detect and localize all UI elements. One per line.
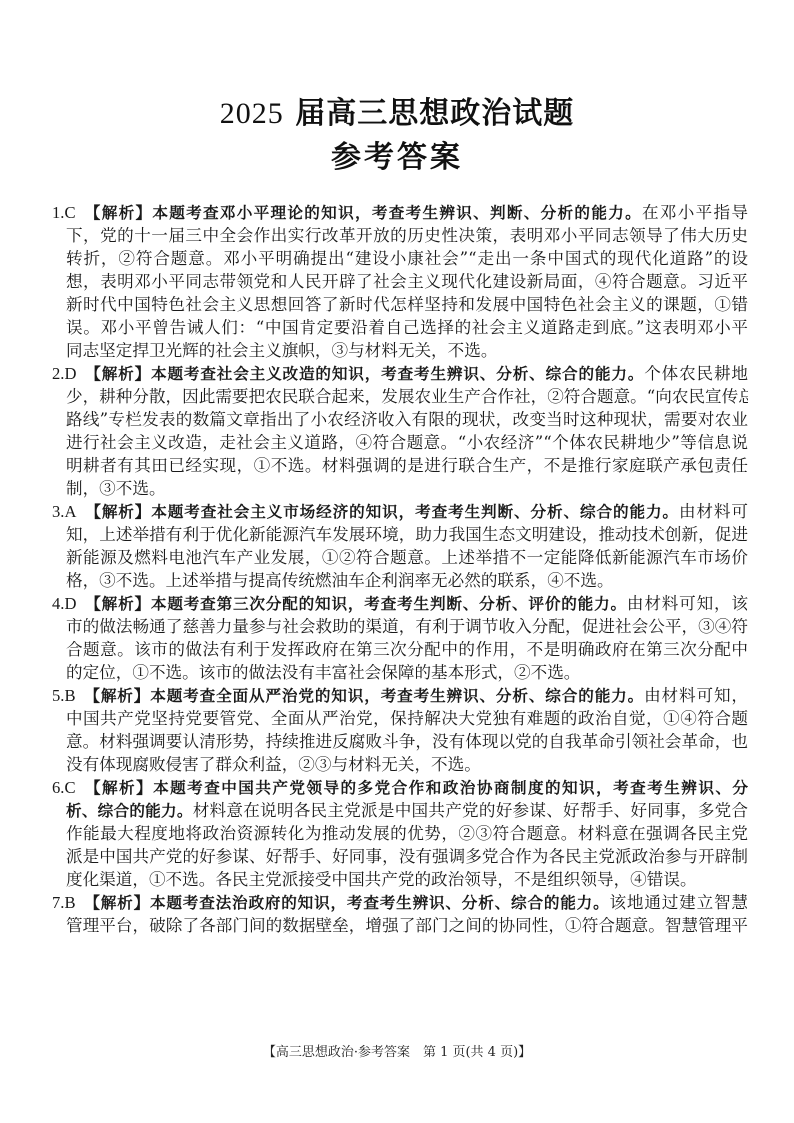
title-main-text: 届高三思想政治试题	[295, 96, 574, 131]
answer-text-line: 合题意。该市的做法有利于发挥政府在第三次分配中的作用，不是明确政府在第三次分配中	[52, 638, 748, 661]
answer-item-7: 7.B【解析】本题考查法治政府的知识，考查考生辨识、分析、综合的能力。该地通过建…	[52, 891, 748, 937]
answer-text: 材料意在说明各民主党派是中国共产党的好参谋、好帮手、好同事，多党合	[193, 801, 748, 820]
document-title: 2025 届高三思想政治试题	[0, 94, 794, 134]
answer-number: 2.D	[52, 364, 76, 383]
answer-text-line: 新时代中国特色社会主义思想回答了新时代怎样坚持和发展中国特色社会主义的课题，①错	[52, 293, 748, 316]
answer-text: 个体农民耕地	[644, 364, 748, 383]
analysis-lead: 【解析】本题考查邓小平理论的知识，考查考生辨识、判断、分析的能力。	[84, 204, 642, 222]
answer-text: 该地通过建立智慧	[610, 893, 748, 912]
answer-number: 7.B	[52, 893, 76, 912]
answer-text-line: 的定位，①不选。该市的做法没有丰富社会保障的基本形式，②不选。	[52, 661, 748, 684]
answer-item-4: 4.D【解析】本题考查第三次分配的知识，考查考生判断、分析、评价的能力。由材料可…	[52, 592, 748, 684]
answer-text-line: 少，耕种分散，因此需要把农民联合起来，发展农业生产合作社，②符合题意。“向农民宣…	[52, 385, 748, 408]
answer-item-3: 3.A【解析】本题考查社会主义市场经济的知识，考查考生判断、分析、综合的能力。由…	[52, 500, 748, 592]
answer-number: 4.D	[52, 594, 76, 613]
analysis-lead: 【解析】本题考查中国共产党领导的多党合作和政治协商制度的知识，考查考生辨识、分	[84, 779, 748, 797]
answer-text-line: 没有体现腐败侵害了群众利益，②③与材料无关，不选。	[52, 753, 748, 776]
answer-text-line: 中国共产党坚持党要管党、全面从严治党，保持解决大党独有难题的政治自觉，①④符合题	[52, 707, 748, 730]
answer-number: 5.B	[52, 686, 76, 705]
analysis-lead: 【解析】本题考查法治政府的知识，考查考生辨识、分析、综合的能力。	[84, 894, 610, 912]
analysis-lead-cont: 析、综合的能力。	[66, 802, 193, 820]
analysis-lead: 【解析】本题考查全面从严治党的知识，考查考生辨识、分析、综合的能力。	[84, 687, 645, 705]
answer-text: 由材料可知，该	[627, 594, 748, 613]
answer-text-line: 同志坚定捍卫光辉的社会主义旗帜，③与材料无关，不选。	[52, 339, 748, 362]
analysis-lead: 【解析】本题考查社会主义改造的知识，考查考生辨识、分析、综合的能力。	[84, 365, 644, 383]
answer-text-line: 作能最大程度地将政治资源转化为推动发展的优势，②③符合题意。材料意在强调各民主党	[52, 822, 748, 845]
answer-text-line: 度化渠道，①不选。各民主党派接受中国共产党的政治领导，不是组织领导，④错误。	[52, 868, 748, 891]
answer-text-line: 新能源及燃料电池汽车产业发展，①②符合题意。上述举措不一定能降低新能源汽车市场价	[52, 546, 748, 569]
answer-text-line: 市的做法畅通了慈善力量参与社会救助的渠道，有利于调节收入分配，促进社会公平，③④…	[52, 615, 748, 638]
analysis-lead: 【解析】本题考查社会主义市场经济的知识，考查考生判断、分析、综合的能力。	[84, 503, 679, 521]
document-subtitle: 参考答案	[0, 138, 794, 178]
answer-text-line: 知，上述举措有利于优化新能源汽车发展环境，助力我国生态文明建设，推动技术创新，促…	[52, 523, 748, 546]
title-year: 2025	[220, 97, 284, 130]
analysis-lead: 【解析】本题考查第三次分配的知识，考查考生判断、分析、评价的能力。	[84, 595, 626, 613]
answer-item-6: 6.C【解析】本题考查中国共产党领导的多党合作和政治协商制度的知识，考查考生辨识…	[52, 776, 748, 891]
answer-text-line: 管理平台，破除了各部门间的数据壁垒，增强了部门之间的协同性，①符合题意。智慧管理…	[52, 914, 748, 937]
answer-item-2: 2.D【解析】本题考查社会主义改造的知识，考查考生辨识、分析、综合的能力。个体农…	[52, 362, 748, 500]
answer-text-line: 转折，②符合题意。邓小平明确提出“建设小康社会”“走出一条中国式的现代化道路”的…	[52, 247, 748, 270]
answer-text: 由材料可知，	[644, 686, 748, 705]
answer-item-5: 5.B【解析】本题考查全面从严治党的知识，考查考生辨识、分析、综合的能力。由材料…	[52, 684, 748, 776]
answer-number: 1.C	[52, 203, 76, 222]
answer-text-line: 误。邓小平曾告诫人们：“中国肯定要沿着自己选择的社会主义道路走到底。”这表明邓小…	[52, 316, 748, 339]
answer-text-line: 明耕者有其田已经实现，①不选。材料强调的是进行联合生产，不是推行家庭联产承包责任	[52, 454, 748, 477]
answer-text: 在邓小平指导	[642, 203, 748, 222]
answer-number: 3.A	[52, 502, 76, 521]
answer-text-line: 格，③不选。上述举措与提高传统燃油车企利润率无必然的联系，④不选。	[52, 569, 748, 592]
answer-text-line: 下，党的十一届三中全会作出实行改革开放的历史性决策，表明邓小平同志领导了伟大历史	[52, 224, 748, 247]
answer-text-line: 制，③不选。	[52, 477, 748, 500]
answer-list: 1.C【解析】本题考查邓小平理论的知识，考查考生辨识、判断、分析的能力。在邓小平…	[52, 201, 748, 937]
answer-text-line: 派是中国共产党的好参谋、好帮手、好同事，没有强调多党合作为各民主党派政治参与开辟…	[52, 845, 748, 868]
page-footer: 【高三思想政治·参考答案 第 1 页(共 4 页)】	[0, 1044, 794, 1062]
answer-number: 6.C	[52, 778, 76, 797]
answer-text-line: 路线”专栏发表的数篇文章指出了小农经济收入有限的现状，改变当时这种现状，需要对农…	[52, 408, 748, 431]
answer-text-line: 意。材料强调要认清形势，持续推进反腐败斗争，没有体现以党的自我革命引领社会革命，…	[52, 730, 748, 753]
answer-text: 由材料可	[679, 502, 748, 521]
answer-item-1: 1.C【解析】本题考查邓小平理论的知识，考查考生辨识、判断、分析的能力。在邓小平…	[52, 201, 748, 362]
answer-text-line: 进行社会主义改造，走社会主义道路，④符合题意。“小农经济”“个体农民耕地少”等信…	[52, 431, 748, 454]
answer-text-line: 想，表明邓小平同志带领党和人民开辟了社会主义现代化建设新局面，④符合题意。习近平	[52, 270, 748, 293]
